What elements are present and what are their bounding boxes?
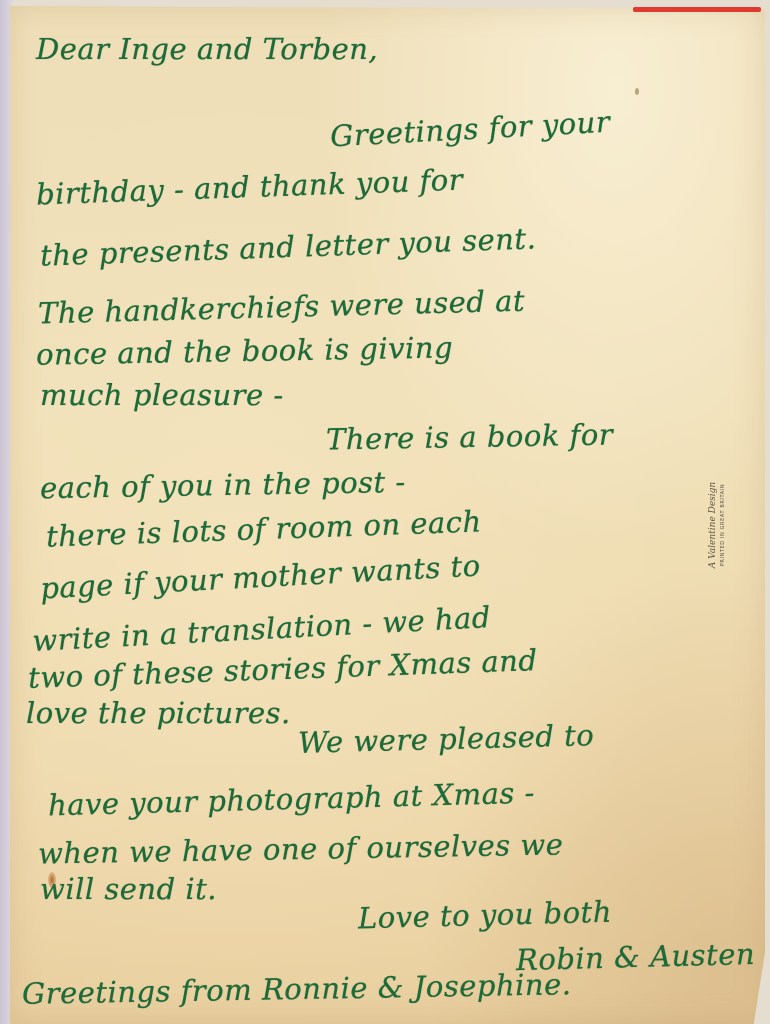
letter-line: birthday - and thank you for: [36, 163, 464, 212]
salutation: Dear Inge and Torben,: [36, 32, 378, 66]
printer-mark: A Valentine Design PRINTED IN GREAT BRIT…: [708, 470, 748, 580]
letter-line: have your photograph at Xmas -: [48, 776, 536, 823]
letter-line: The handkerchiefs were used at: [38, 284, 526, 331]
printer-brand: A Valentine Design: [708, 470, 719, 580]
letter-line: page if your mother wants to: [39, 548, 481, 605]
letter-line: will send it.: [40, 872, 217, 906]
postscript: Greetings from Ronnie & Josephine.: [22, 967, 572, 1011]
letter-line: there is lots of room on each: [46, 504, 483, 553]
printed-in-label: PRINTED IN GREAT BRITAIN: [719, 470, 727, 580]
letter-line: There is a book for: [326, 417, 614, 456]
letter-line: much pleasure -: [40, 378, 284, 412]
handwritten-letter: Dear Inge and Torben, Greetings for your…: [0, 0, 770, 1024]
letter-line: Greetings for your: [329, 105, 611, 154]
closing: Love to you both: [358, 895, 613, 936]
letter-line: love the pictures.: [26, 696, 291, 730]
letter-line: once and the book is giving: [36, 330, 454, 371]
letter-line: when we have one of ourselves we: [38, 827, 564, 870]
letter-line: each of you in the post -: [40, 465, 406, 505]
letter-line: the presents and letter you sent.: [40, 221, 537, 272]
letter-line: We were pleased to: [298, 718, 595, 760]
